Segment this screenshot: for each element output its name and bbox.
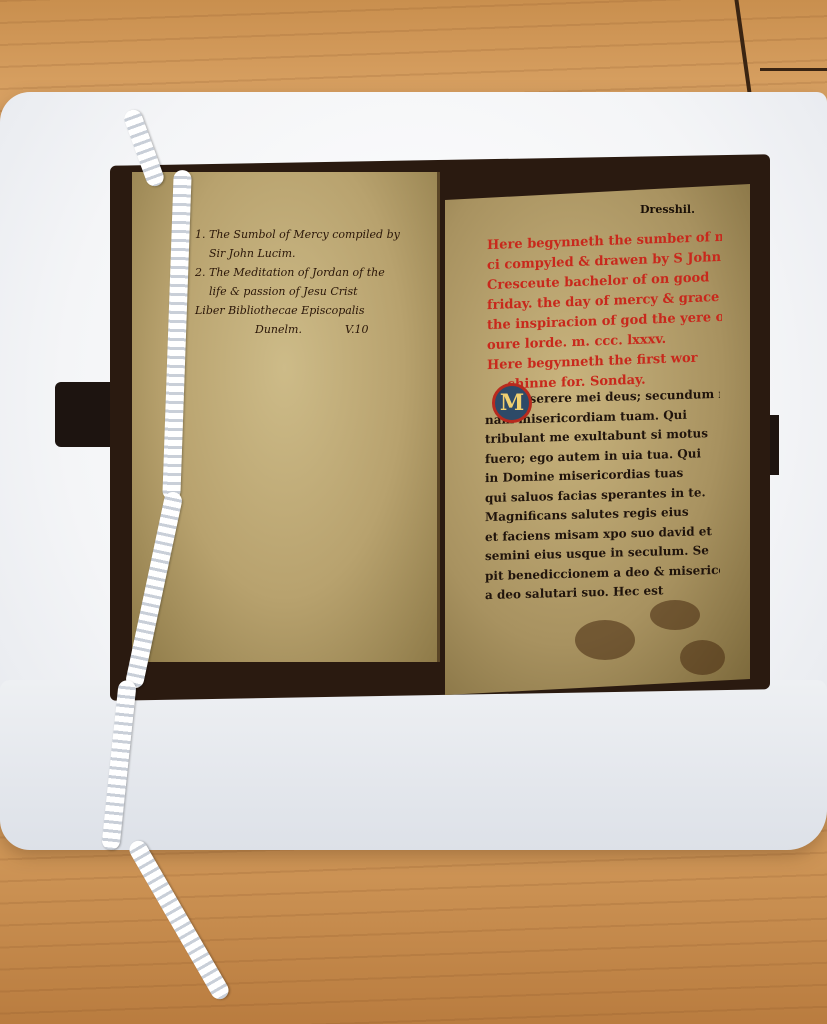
page-stain [680,640,725,675]
inscription-line: Sir John Lucim. [195,244,445,263]
ownership-inscription: 1. The Sumbol of Mercy compiled by Sir J… [195,225,445,339]
page-stain [575,620,635,660]
shelfmark: V.10 [195,320,445,339]
page-stain [650,600,700,630]
inscription-line: Liber Bibliothecae Episcopalis [195,301,445,320]
inscription-line: 2. The Meditation of Jordan of the [195,263,445,282]
illuminated-initial: M [492,383,532,423]
rubric-text: Here begynneth the sumber of mer ci comp… [487,228,722,396]
folio-mark: Dresshil. [640,203,695,216]
inscription-line: 1. The Sumbol of Mercy compiled by [195,225,445,244]
table-board-seam [760,68,827,71]
inscription-line: life & passion of Jesu Crist [195,282,445,301]
